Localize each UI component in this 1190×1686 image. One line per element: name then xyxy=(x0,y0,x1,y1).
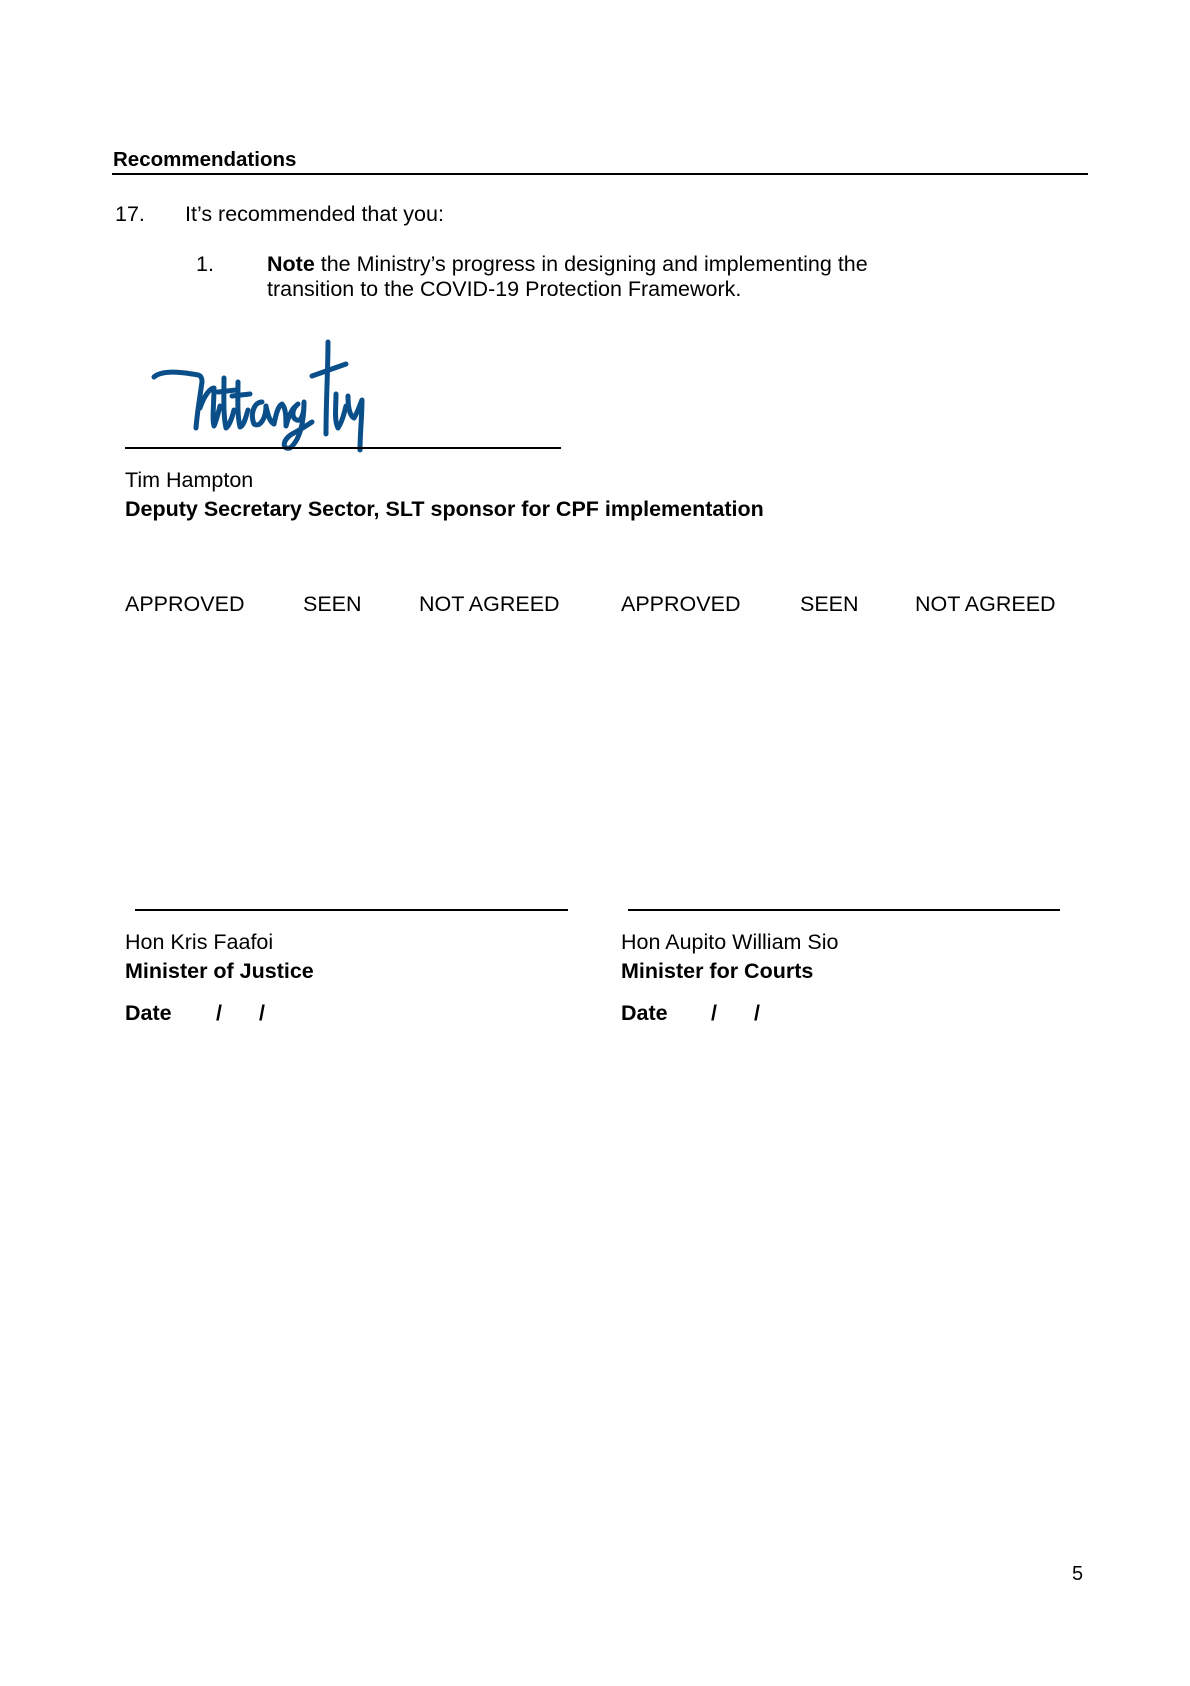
date-separator: / xyxy=(711,1003,717,1025)
date-label: Date xyxy=(125,1003,172,1025)
recommendation-number: 1. xyxy=(196,254,214,276)
option-approved[interactable]: APPROVED xyxy=(621,594,740,616)
option-approved[interactable]: APPROVED xyxy=(125,594,244,616)
minister-signature-line-left xyxy=(135,909,568,911)
recommendation-line-1: Note the Ministry’s progress in designin… xyxy=(267,254,868,276)
option-not-agreed[interactable]: NOT AGREED xyxy=(419,594,560,616)
heading-rule xyxy=(112,173,1088,175)
item-intro: It’s recommended that you: xyxy=(185,204,444,226)
recommendation-text: the Ministry’s progress in designing and… xyxy=(315,252,868,276)
option-not-agreed[interactable]: NOT AGREED xyxy=(915,594,1056,616)
date-label: Date xyxy=(621,1003,668,1025)
page-number: 5 xyxy=(1072,1564,1083,1584)
recommendation-bold-lead: Note xyxy=(267,252,315,276)
minister-signature-line-right xyxy=(628,909,1060,911)
section-heading: Recommendations xyxy=(113,150,296,171)
signatory-name: Tim Hampton xyxy=(125,470,253,492)
date-separator: / xyxy=(259,1003,265,1025)
minister-title: Minister for Courts xyxy=(621,961,813,983)
minister-name: Hon Kris Faafoi xyxy=(125,932,273,954)
option-seen[interactable]: SEEN xyxy=(800,594,859,616)
date-separator: / xyxy=(216,1003,222,1025)
handwritten-signature xyxy=(140,330,370,455)
minister-name: Hon Aupito William Sio xyxy=(621,932,838,954)
option-seen[interactable]: SEEN xyxy=(303,594,362,616)
date-separator: / xyxy=(754,1003,760,1025)
signatory-title: Deputy Secretary Sector, SLT sponsor for… xyxy=(125,499,764,521)
signature-line xyxy=(125,447,561,449)
minister-title: Minister of Justice xyxy=(125,961,314,983)
item-number: 17. xyxy=(115,204,145,226)
recommendation-line-2: transition to the COVID-19 Protection Fr… xyxy=(267,279,741,301)
